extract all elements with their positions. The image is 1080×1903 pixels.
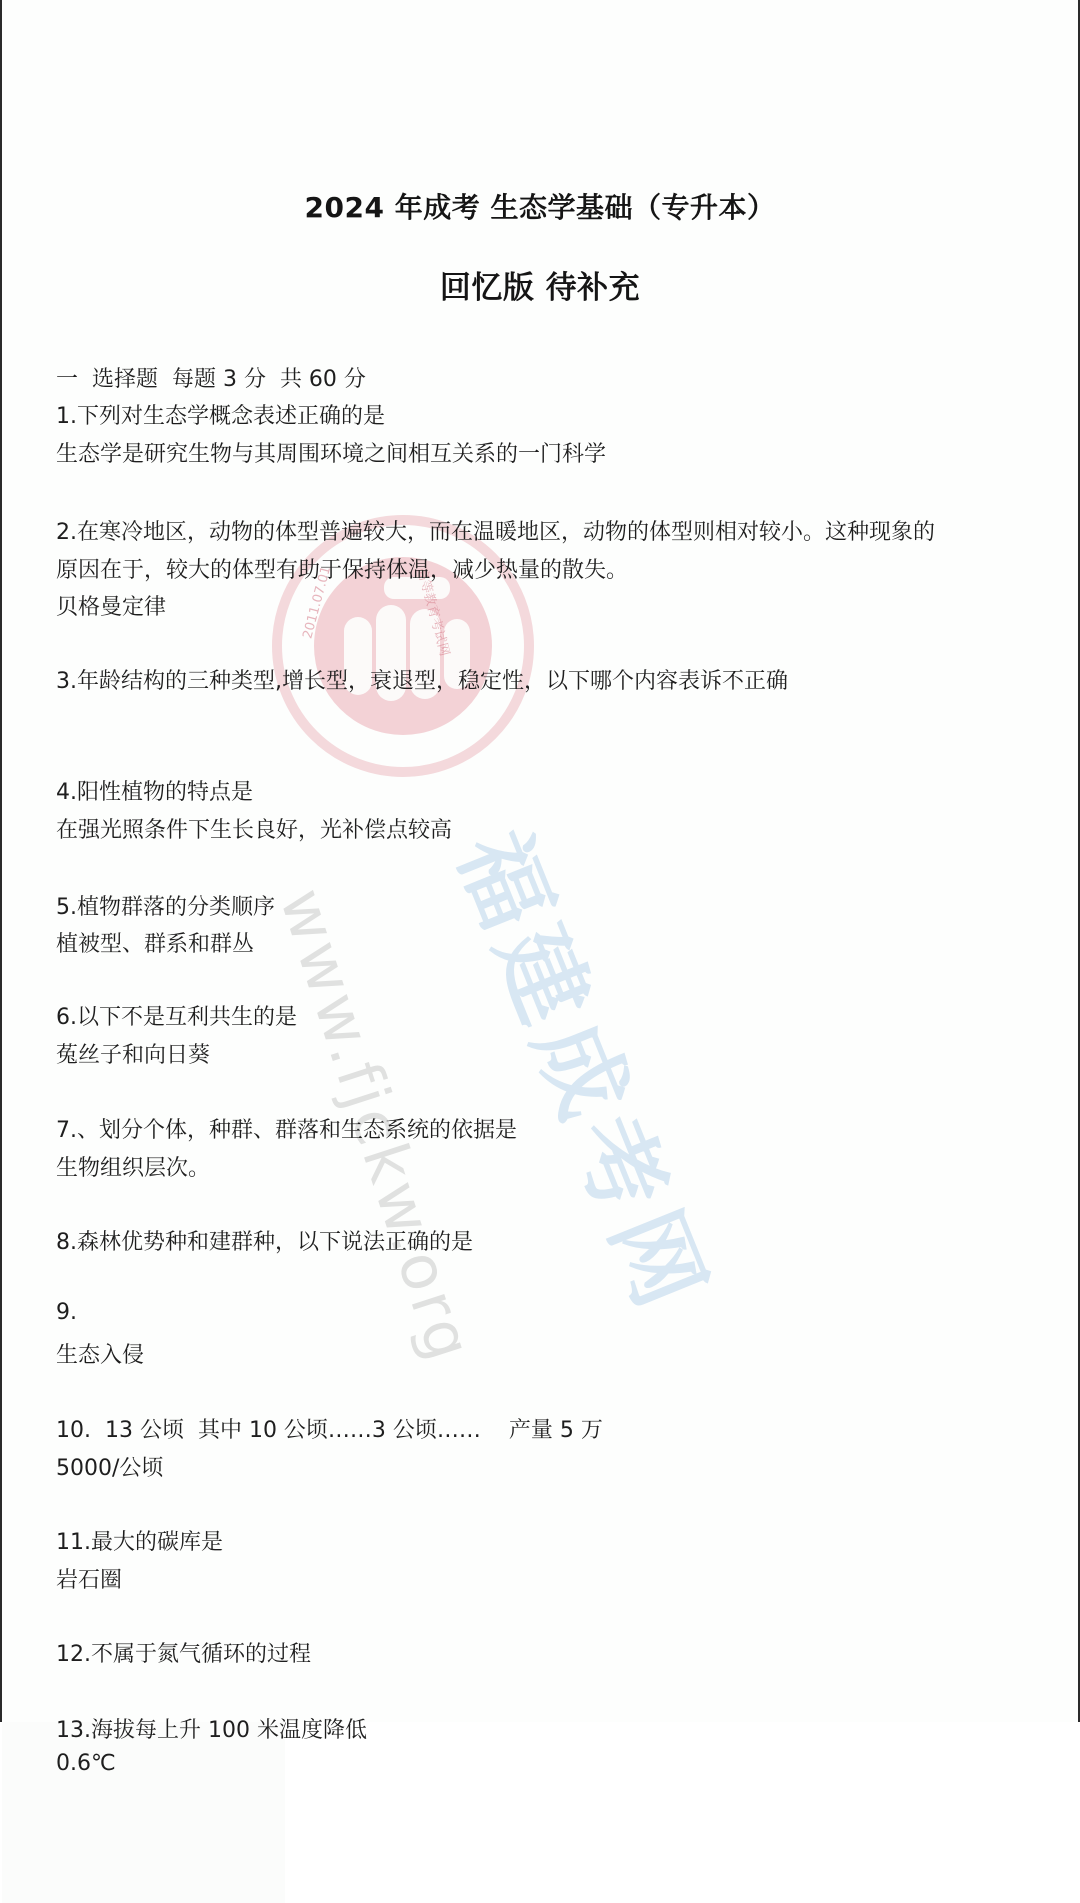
site-name-watermark: 福建成考网	[433, 810, 746, 1332]
answer-9: 生态入侵	[56, 1338, 144, 1369]
question-8: 8.森林优势种和建群种，以下说法正确的是	[56, 1225, 473, 1256]
question-10: 10. 13 公顷 其中 10 公顷……3 公顷…… 产量 5 万	[56, 1413, 603, 1444]
document-subtitle: 回忆版 待补充	[0, 262, 1080, 307]
question-11: 11.最大的碳库是	[56, 1525, 223, 1556]
question-4: 4.阳性植物的特点是	[56, 775, 253, 806]
answer-4: 在强光照条件下生长良好，光补偿点较高	[56, 813, 452, 844]
answer-2: 贝格曼定律	[56, 590, 166, 621]
answer-5: 植被型、群系和群丛	[56, 927, 254, 958]
page-bottom-blank	[0, 1722, 1080, 1903]
question-3: 3.年龄结构的三种类型,增长型，衰退型，稳定性，以下哪个内容表诉不正确	[56, 664, 788, 695]
answer-13: 0.6℃	[56, 1751, 116, 1776]
question-7: 7.、划分个体，种群、群落和生态系统的依据是	[56, 1113, 517, 1144]
document-title: 2024 年成考 生态学基础（专升本）	[0, 186, 1080, 226]
answer-1: 生态学是研究生物与其周围环境之间相互关系的一门科学	[56, 437, 606, 468]
question-13: 13.海拔每上升 100 米温度降低	[56, 1713, 367, 1744]
section-header: 一 选择题 每题 3 分 共 60 分	[56, 362, 366, 393]
question-5: 5.植物群落的分类顺序	[56, 890, 275, 921]
answer-6: 菟丝子和向日葵	[56, 1038, 210, 1069]
answer-11: 岩石圈	[56, 1563, 122, 1594]
question-6: 6.以下不是互利共生的是	[56, 1000, 297, 1031]
question-2-line-2: 原因在于，较大的体型有助于保持体温，减少热量的散失。	[56, 553, 628, 584]
question-2-line-1: 2.在寒冷地区，动物的体型普遍较大，而在温暖地区，动物的体型则相对较小。这种现象…	[56, 515, 935, 546]
answer-10: 5000/公顷	[56, 1451, 163, 1482]
question-12: 12.不属于氮气循环的过程	[56, 1637, 311, 1668]
answer-7: 生物组织层次。	[56, 1151, 210, 1182]
question-9: 9.	[56, 1300, 77, 1325]
question-1: 1.下列对生态学概念表述正确的是	[56, 399, 385, 430]
